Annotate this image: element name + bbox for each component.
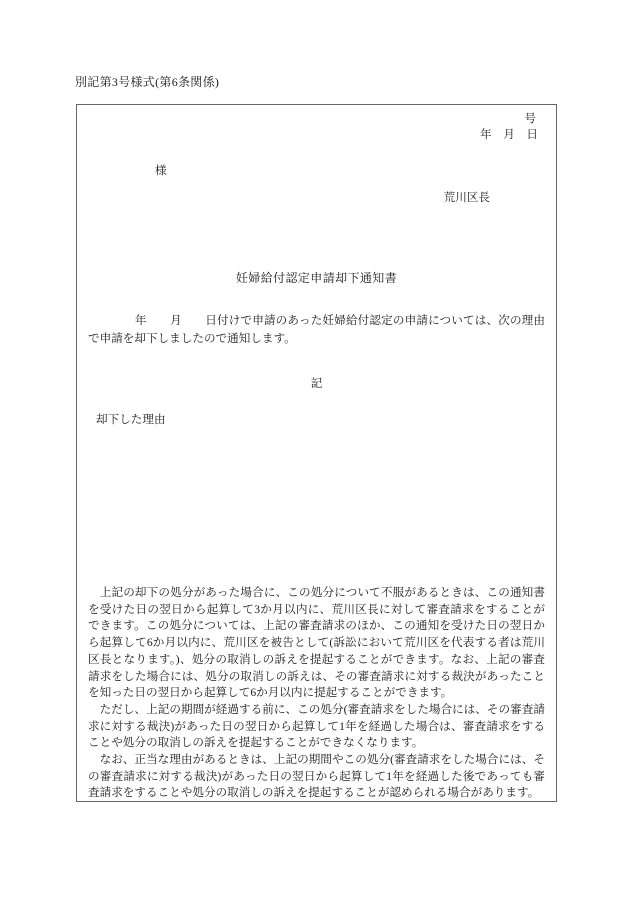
record-heading: 記 [88,375,545,392]
notice-form-box: 号 年 月 日 様 荒川区長 妊婦給付認定申請却下通知書 年 月 日付けで申請の… [76,104,557,802]
appeal-information-block: 上記の却下の処分があった場合に、この処分について不服があるときは、この通知書を受… [88,585,545,802]
document-title: 妊婦給付認定申請却下通知書 [88,270,545,287]
appeal-paragraph-2: ただし、上記の期間が経過する前に、この処分(審査請求をした場合には、その審査請求… [88,702,545,752]
document-page: 別記第3号様式(第6条関係) 号 年 月 日 様 荒川区長 妊婦給付認定申請却下… [0,0,630,903]
rejection-reason-label: 却下した理由 [88,411,545,428]
issue-date-line: 年 月 日 [88,127,545,143]
notice-body-text: 年 月 日付けで申請のあった妊婦給付認定の申請については、次の理由で申請を却下し… [88,312,545,347]
document-number-line: 号 [88,111,545,127]
appeal-paragraph-1: 上記の却下の処分があった場合に、この処分について不服があるときは、この通知書を受… [88,585,545,702]
appeal-paragraph-3: なお、正当な理由があるときは、上記の期間やこの処分(審査請求をした場合には、その… [88,752,545,802]
form-number-label: 別記第3号様式(第6条関係) [75,74,219,91]
addressee-line: 様 [88,163,545,179]
sender-line: 荒川区長 [88,190,545,206]
